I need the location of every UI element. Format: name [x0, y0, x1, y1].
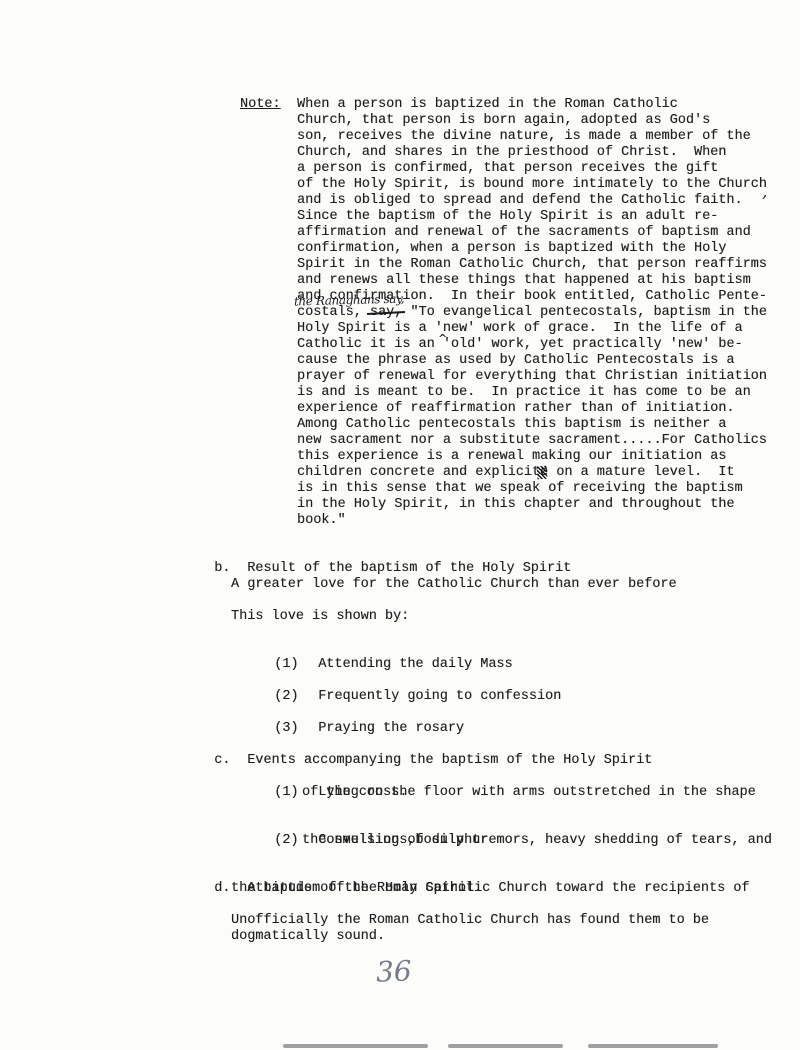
- handwritten-insertion: the Ranaghans say,: [294, 291, 405, 310]
- note-line: and renews all these things that happene…: [297, 273, 767, 289]
- list-item-text: Attending the daily Mass: [318, 657, 512, 672]
- note-line: is in this sense that we speak of receiv…: [297, 481, 767, 497]
- section-d-paragraph: dogmatically sound.: [231, 929, 385, 945]
- note-line: book.": [297, 513, 767, 529]
- note-line: experience of reaffirmation rather than …: [297, 401, 767, 417]
- note-line: of the Holy Spirit, is bound more intima…: [297, 177, 767, 193]
- note-line: affirmation and renewal of the sacrament…: [297, 225, 767, 241]
- section-marker: b.: [214, 561, 247, 577]
- note-line: Spirit in the Roman Catholic Church, tha…: [297, 257, 767, 273]
- note-line: is and is meant to be. In practice it ha…: [297, 385, 767, 401]
- note-line: Since the baptism of the Holy Spirit is …: [297, 209, 767, 225]
- list-item-text: Praying the rosary: [318, 721, 464, 736]
- note-line: new sacrament nor a substitute sacrament…: [297, 433, 767, 449]
- note-line: in the Holy Spirit, in this chapter and …: [297, 497, 767, 513]
- section-b-heading: b.Result of the baptism of the Holy Spir…: [198, 545, 571, 577]
- section-d-paragraph: Unofficially the Roman Catholic Church h…: [231, 913, 709, 929]
- note-line: cause the phrase as used by Catholic Pen…: [297, 353, 767, 369]
- handwritten-caret: ^: [438, 331, 447, 347]
- list-item: (2)Frequently going to confession: [258, 673, 561, 705]
- scan-artifact-dash: [283, 1044, 428, 1048]
- section-b-paragraph: A greater love for the Catholic Church t…: [231, 577, 677, 593]
- scan-artifact-dash: [448, 1044, 563, 1048]
- note-line: Holy Spirit is a 'new' work of grace. In…: [297, 321, 767, 337]
- section-c-heading: c.Events accompanying the baptism of the…: [198, 737, 652, 769]
- list-item-number: (3): [274, 721, 318, 737]
- note-line: son, receives the divine nature, is made…: [297, 129, 767, 145]
- note-line: Church, that person is born again, adopt…: [297, 113, 767, 129]
- handwritten-page-number: 36: [376, 963, 412, 980]
- note-line: Among Catholic pentecostals this baptism…: [297, 417, 767, 433]
- list-item-text: Frequently going to confession: [318, 689, 561, 704]
- section-b-paragraph: This love is shown by:: [231, 609, 409, 625]
- handwritten-comma: ,: [762, 184, 767, 200]
- note-label: Note:: [240, 97, 281, 113]
- note-line: confirmation, when a person is baptized …: [297, 241, 767, 257]
- note-line: Catholic it is an 'old' work, yet practi…: [297, 337, 767, 353]
- list-item: (3)Praying the rosary: [258, 705, 464, 737]
- note-line: When a person is baptized in the Roman C…: [297, 97, 767, 113]
- note-line: prayer of renewal for everything that Ch…: [297, 369, 767, 385]
- typo-strikeover-mark: [537, 466, 548, 480]
- list-item-continuation: the smelling of sulphur: [302, 833, 488, 849]
- section-title: Result of the baptism of the Holy Spirit: [247, 561, 571, 576]
- list-item-number: (2): [274, 689, 318, 705]
- section-d-heading-continuation: the baptism of the Holy Spirit.: [231, 881, 482, 897]
- section-marker: c.: [214, 753, 247, 769]
- list-item-number: (1): [274, 657, 318, 673]
- note-line: Church, and shares in the priesthood of …: [297, 145, 767, 161]
- list-item-continuation: of the cross.: [302, 785, 407, 801]
- note-line: a person is confirmed, that person recei…: [297, 161, 767, 177]
- note-line: children concrete and explicite on a mat…: [297, 465, 767, 481]
- note-line: this experience is a renewal making our …: [297, 449, 767, 465]
- scan-artifact-dash: [588, 1044, 718, 1048]
- section-title: Events accompanying the baptism of the H…: [247, 753, 652, 768]
- note-line: and is obliged to spread and defend the …: [297, 193, 767, 209]
- list-item: (1)Attending the daily Mass: [258, 641, 513, 673]
